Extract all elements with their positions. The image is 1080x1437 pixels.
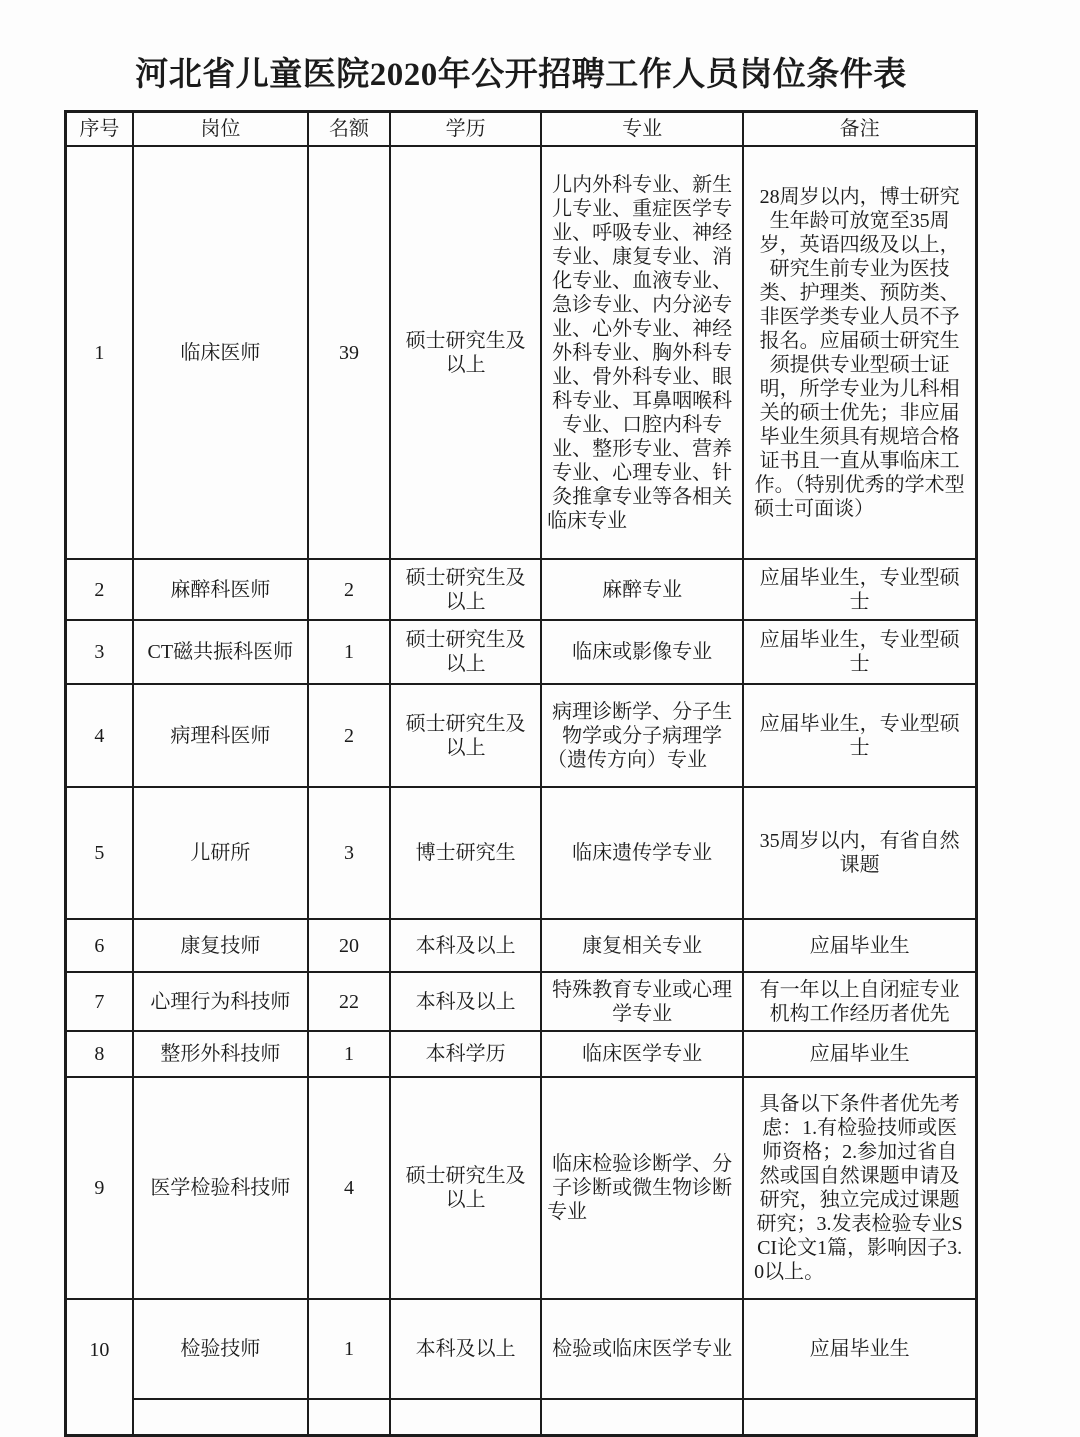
- cell-education: 本科及以上: [390, 972, 541, 1031]
- cell-education: 本科及以上: [390, 919, 541, 972]
- cell-remark: 应届毕业生: [743, 1299, 976, 1399]
- cell-quota: 2: [308, 684, 390, 787]
- cell-major: 康复相关专业: [541, 919, 743, 972]
- cell-position: 麻醉科医师: [133, 559, 308, 620]
- cell-quota: 1: [308, 1299, 390, 1399]
- table-row-partial: [66, 1399, 977, 1415]
- cell-position: 心理行为科技师: [133, 972, 308, 1031]
- cell-major: 病理诊断学、分子生物学或分子病理学（遗传方向）专业: [541, 684, 743, 787]
- table-row: 1临床医师39硕士研究生及以上儿内外科专业、新生儿专业、重症医学专业、呼吸专业、…: [66, 146, 977, 559]
- table-row: 6康复技师20本科及以上康复相关专业应届毕业生: [66, 919, 977, 972]
- cell-remark: 具备以下条件者优先考虑：1.有检验技师或医师资格；2.参加过省自然或国自然课题申…: [743, 1077, 976, 1299]
- positions-table: 序号岗位名额学历专业备注 1临床医师39硕士研究生及以上儿内外科专业、新生儿专业…: [64, 110, 978, 1415]
- cell-serial-number: 6: [66, 919, 133, 972]
- cell-serial-number: 7: [66, 972, 133, 1031]
- cell-major: 儿内外科专业、新生儿专业、重症医学专业、呼吸专业、神经专业、康复专业、消化专业、…: [541, 146, 743, 559]
- cell-education: 硕士研究生及以上: [390, 620, 541, 684]
- cell-remark: 应届毕业生，专业型硕士: [743, 684, 976, 787]
- col-header-remark: 备注: [743, 112, 976, 147]
- page-title: 河北省儿童医院2020年公开招聘工作人员岗位条件表: [64, 54, 978, 97]
- cell-serial-number: 10: [66, 1299, 133, 1399]
- cell-education: 硕士研究生及以上: [390, 684, 541, 787]
- cell-serial-number: 1: [66, 146, 133, 559]
- cell-remark: 应届毕业生: [743, 919, 976, 972]
- cell-serial-number: [66, 1399, 133, 1415]
- cell-position: CT磁共振科医师: [133, 620, 308, 684]
- cell-position: 病理科医师: [133, 684, 308, 787]
- cell-remark: [743, 1399, 976, 1415]
- col-header-serial-number: 序号: [66, 112, 133, 147]
- cell-position: 整形外科技师: [133, 1031, 308, 1077]
- cell-quota: 1: [308, 1031, 390, 1077]
- cell-remark: 应届毕业生，专业型硕士: [743, 620, 976, 684]
- cell-position: 医学检验科技师: [133, 1077, 308, 1299]
- cell-quota: 2: [308, 559, 390, 620]
- cell-remark: 应届毕业生: [743, 1031, 976, 1077]
- col-header-major: 专业: [541, 112, 743, 147]
- table-row: 8整形外科技师1本科学历临床医学专业应届毕业生: [66, 1031, 977, 1077]
- cell-position: 康复技师: [133, 919, 308, 972]
- cell-major: 麻醉专业: [541, 559, 743, 620]
- cell-serial-number: 3: [66, 620, 133, 684]
- table-row: 5儿研所3博士研究生临床遗传学专业35周岁以内，有省自然课题: [66, 787, 977, 919]
- table-row: 3CT磁共振科医师1硕士研究生及以上临床或影像专业应届毕业生，专业型硕士: [66, 620, 977, 684]
- cell-quota: 3: [308, 787, 390, 919]
- cell-education: 硕士研究生及以上: [390, 1077, 541, 1299]
- cell-serial-number: 9: [66, 1077, 133, 1299]
- table-row: 10检验技师1本科及以上检验或临床医学专业应届毕业生: [66, 1299, 977, 1399]
- cell-quota: [308, 1399, 390, 1415]
- cell-remark: 有一年以上自闭症专业机构工作经历者优先: [743, 972, 976, 1031]
- col-header-education: 学历: [390, 112, 541, 147]
- cell-serial-number: 8: [66, 1031, 133, 1077]
- cell-serial-number: 4: [66, 684, 133, 787]
- cell-major: 临床医学专业: [541, 1031, 743, 1077]
- col-header-quota: 名额: [308, 112, 390, 147]
- cell-major: 临床检验诊断学、分子诊断或微生物诊断专业: [541, 1077, 743, 1299]
- table-row: 2麻醉科医师2硕士研究生及以上麻醉专业应届毕业生，专业型硕士: [66, 559, 977, 620]
- cell-remark: 28周岁以内，博士研究生年龄可放宽至35周岁，英语四级及以上，研究生前专业为医技…: [743, 146, 976, 559]
- cell-education: [390, 1399, 541, 1415]
- cell-major: 检验或临床医学专业: [541, 1299, 743, 1399]
- cell-position: 儿研所: [133, 787, 308, 919]
- table-row: 9医学检验科技师4硕士研究生及以上临床检验诊断学、分子诊断或微生物诊断专业具备以…: [66, 1077, 977, 1299]
- table-row: 7心理行为科技师22本科及以上特殊教育专业或心理学专业有一年以上自闭症专业机构工…: [66, 972, 977, 1031]
- cell-education: 硕士研究生及以上: [390, 146, 541, 559]
- cell-major: 临床遗传学专业: [541, 787, 743, 919]
- cell-quota: 22: [308, 972, 390, 1031]
- cell-education: 硕士研究生及以上: [390, 559, 541, 620]
- cell-major: [541, 1399, 743, 1415]
- cell-position: 检验技师: [133, 1299, 308, 1399]
- table-row: 4病理科医师2硕士研究生及以上病理诊断学、分子生物学或分子病理学（遗传方向）专业…: [66, 684, 977, 787]
- cell-serial-number: 5: [66, 787, 133, 919]
- cell-quota: 4: [308, 1077, 390, 1299]
- col-header-position: 岗位: [133, 112, 308, 147]
- cell-position: [133, 1399, 308, 1415]
- cell-remark: 35周岁以内，有省自然课题: [743, 787, 976, 919]
- cell-quota: 39: [308, 146, 390, 559]
- cell-major: 临床或影像专业: [541, 620, 743, 684]
- table-header-row: 序号岗位名额学历专业备注: [66, 112, 977, 147]
- cell-remark: 应届毕业生，专业型硕士: [743, 559, 976, 620]
- cell-quota: 1: [308, 620, 390, 684]
- cell-education: 本科及以上: [390, 1299, 541, 1399]
- cell-position: 临床医师: [133, 146, 308, 559]
- cell-education: 博士研究生: [390, 787, 541, 919]
- cell-education: 本科学历: [390, 1031, 541, 1077]
- cell-serial-number: 2: [66, 559, 133, 620]
- cell-major: 特殊教育专业或心理学专业: [541, 972, 743, 1031]
- document-page: 河北省儿童医院2020年公开招聘工作人员岗位条件表 序号岗位名额学历专业备注 1…: [64, 0, 978, 1415]
- cell-quota: 20: [308, 919, 390, 972]
